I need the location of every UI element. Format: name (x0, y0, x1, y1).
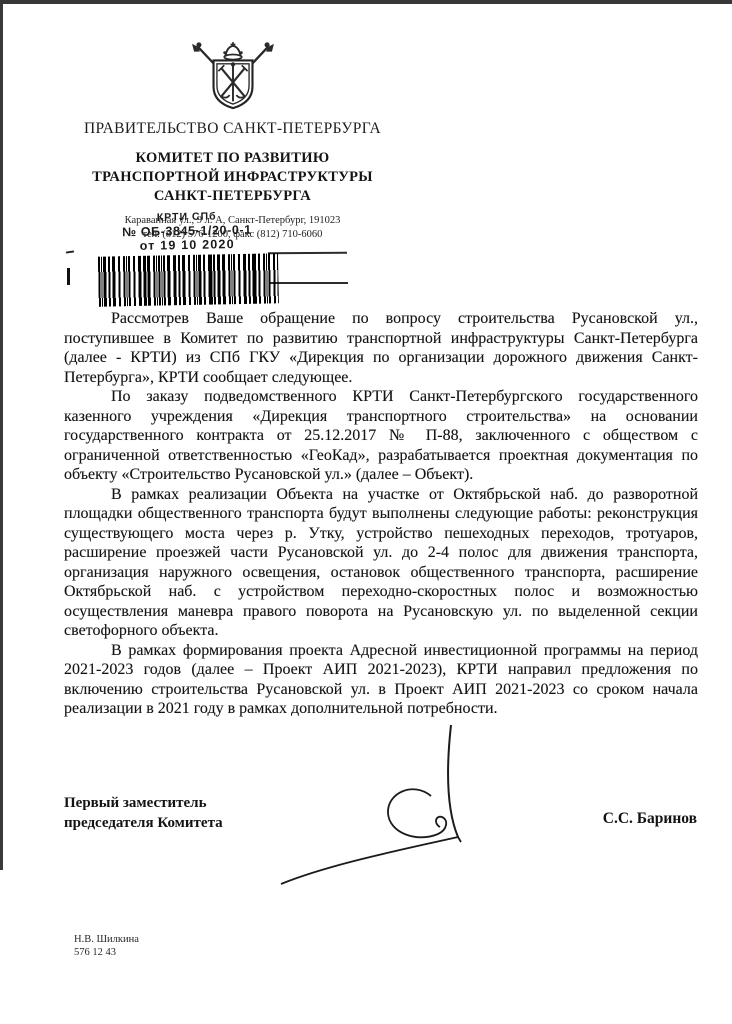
signer-position: Первый заместитель председателя Комитета (64, 793, 223, 833)
committee-line-1: КОМИТЕТ ПО РАЗВИТИЮ (30, 149, 435, 168)
committee-line-3: САНКТ-ПЕТЕРБУРГА (30, 187, 435, 206)
paragraph-2: По заказу подведомственного КРТИ Санкт-П… (64, 387, 698, 485)
executor-name: Н.В. Шилкина (74, 933, 139, 946)
letter-body: Рассмотрев Ваше обращение по вопросу стр… (64, 309, 698, 719)
committee-line-2: ТРАНСПОРТНОЙ ИНФРАСТРУКТУРЫ (30, 168, 435, 187)
registration-stamp: КРТИ СПб № ОБ-3845-1/20-0-1 от 19 10 202… (94, 209, 281, 307)
spb-coat-of-arms-icon (174, 40, 292, 114)
scanned-letter-page: ПРАВИТЕЛЬСТВО САНКТ-ПЕТЕРБУРГА КОМИТЕТ П… (0, 0, 732, 1024)
executor-phone: 576 12 43 (74, 946, 139, 959)
paragraph-3: В рамках реализации Объекта на участке о… (64, 485, 698, 641)
signer-position-line-1: Первый заместитель (64, 793, 223, 813)
signer-name: С.С. Баринов (603, 810, 697, 828)
committee-title: КОМИТЕТ ПО РАЗВИТИЮ ТРАНСПОРТНОЙ ИНФРАСТ… (30, 149, 435, 206)
handwritten-signature-icon (275, 720, 475, 892)
paragraph-4: В рамках формирования проекта Адресной и… (64, 641, 698, 719)
scan-artifact-bracket (67, 268, 70, 285)
executor-block: Н.В. Шилкина 576 12 43 (74, 933, 139, 959)
paragraph-1: Рассмотрев Ваше обращение по вопросу стр… (64, 309, 698, 387)
reference-date-line (270, 282, 348, 284)
government-title: ПРАВИТЕЛЬСТВО САНКТ-ПЕТЕРБУРГА (30, 120, 435, 138)
barcode-icon (97, 253, 278, 306)
scan-artifact-left-edge (0, 4, 3, 870)
signer-position-line-2: председателя Комитета (64, 813, 223, 833)
scan-artifact-dash (66, 250, 74, 253)
scan-artifact-top-edge (0, 0, 732, 4)
